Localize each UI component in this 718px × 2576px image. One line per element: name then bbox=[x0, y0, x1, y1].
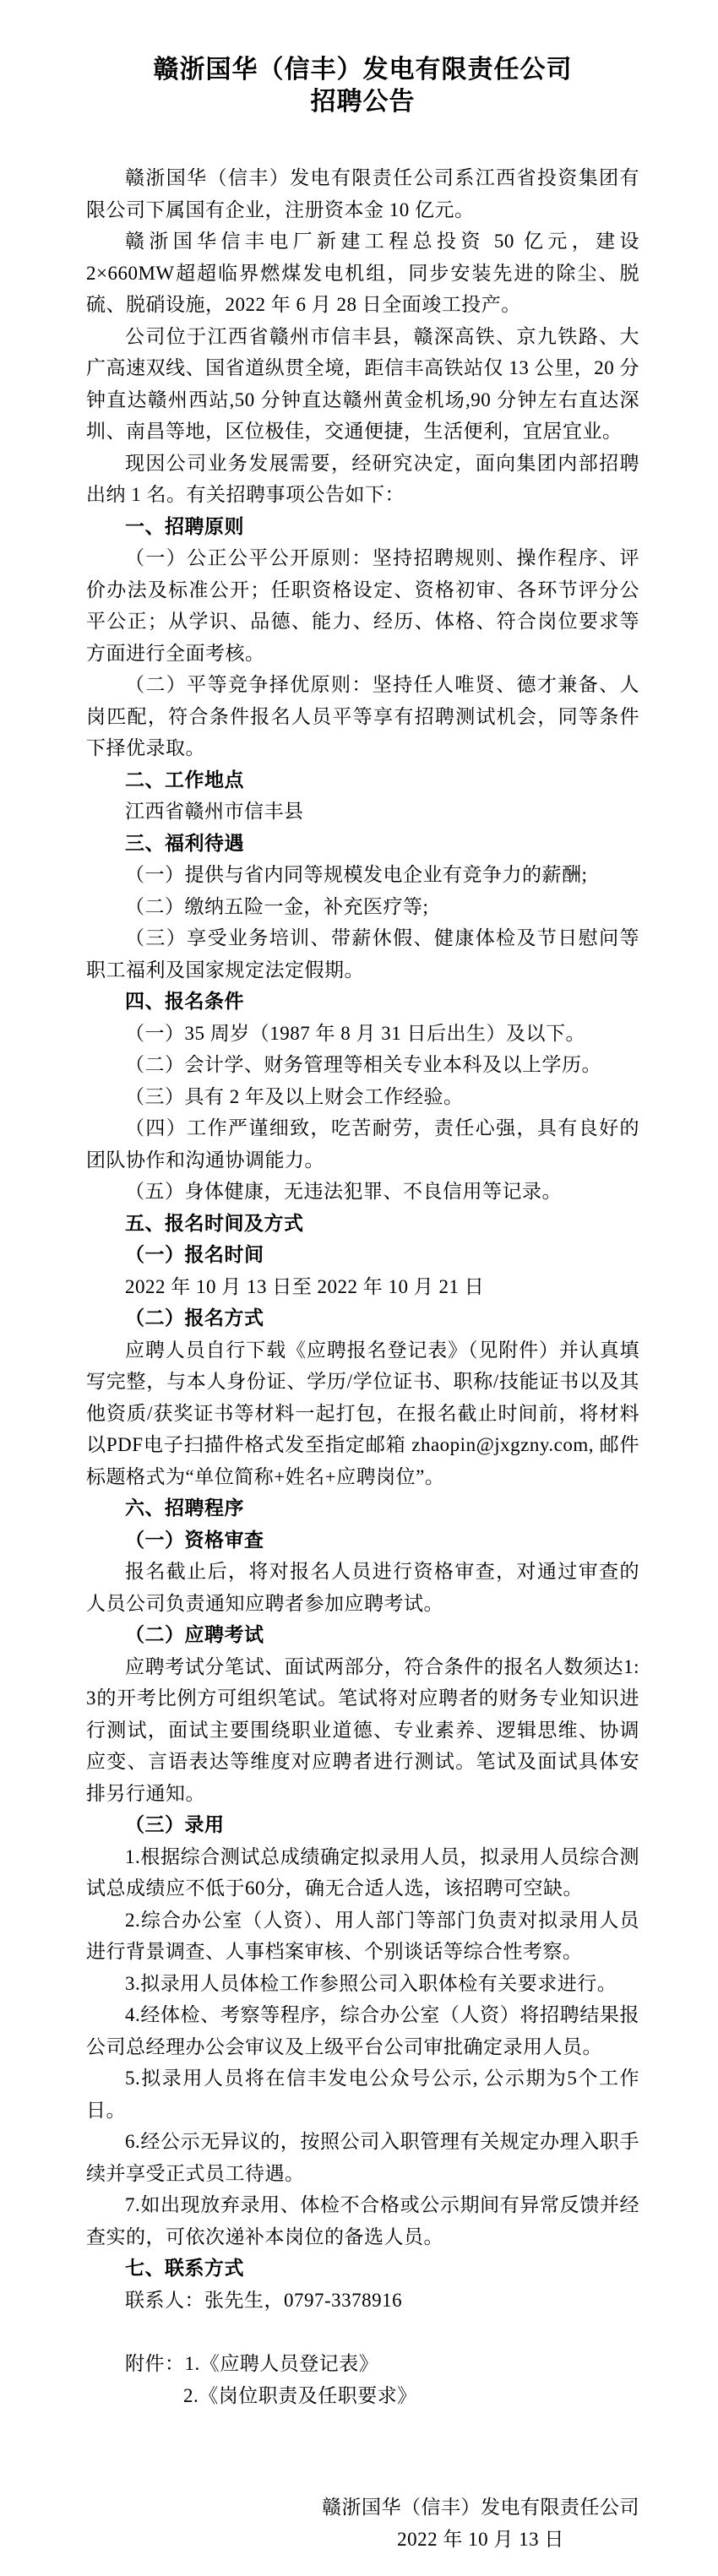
section-heading-registration: 五、报名时间及方式 bbox=[86, 1208, 639, 1240]
paragraph-qualification-review: 报名截止后，将对报名人员进行资格审查，对通过审查的人员公司负责通知应聘者参加应聘… bbox=[86, 1556, 639, 1619]
recruitment-announcement-document: 赣浙国华（信丰）发电有限责任公司 招聘公告 赣浙国华（信丰）发电有限责任公司系江… bbox=[0, 0, 718, 2576]
sub-heading-hiring: （三）录用 bbox=[86, 1809, 639, 1841]
paragraph-benefit-2: （二）缴纳五险一金，补充医疗等; bbox=[86, 891, 639, 923]
sub-heading-registration-time: （一）报名时间 bbox=[86, 1239, 639, 1271]
signature-date: 2022 年 10 月 13 日 bbox=[322, 2524, 639, 2556]
attachment-item-1: 附件：1.《应聘人员登记表》 bbox=[86, 2348, 639, 2380]
section-heading-requirements: 四、报名条件 bbox=[86, 986, 639, 1018]
paragraph-hiring-4: 4.经体检、考察等程序，综合办公室（人资）将招聘结果报公司总经理办公会审议及上级… bbox=[86, 1999, 639, 2062]
paragraph-requirement-2: （二）会计学、财务管理等相关专业本科及以上学历。 bbox=[86, 1049, 639, 1081]
paragraph-principle-1: （一）公正公平公开原则：坚持招聘规则、操作程序、评价办法及标准公开；任职资格设定… bbox=[86, 542, 639, 669]
section-heading-work-location: 二、工作地点 bbox=[86, 764, 639, 796]
paragraph-principle-2: （二）平等竞争择优原则：坚持任人唯贤、德才兼备、人岗匹配，符合条件报名人员平等享… bbox=[86, 669, 639, 764]
paragraph-requirement-3: （三）具有 2 年及以上财会工作经验。 bbox=[86, 1081, 639, 1113]
paragraph-location-intro: 公司位于江西省赣州市信丰县，赣深高铁、京九铁路、大广高速双线、国省道纵贯全境，距… bbox=[86, 321, 639, 448]
document-title: 赣浙国华（信丰）发电有限责任公司 招聘公告 bbox=[86, 54, 639, 118]
sub-heading-registration-method: （二）报名方式 bbox=[86, 1302, 639, 1334]
document-title-line2: 招聘公告 bbox=[86, 86, 639, 118]
paragraph-hiring-3: 3.拟录用人员体检工作参照公司入职体检有关要求进行。 bbox=[86, 1968, 639, 2000]
paragraph-requirement-1: （一）35 周岁（1987 年 8 月 31 日后出生）及以下。 bbox=[86, 1018, 639, 1050]
paragraph-requirement-4: （四）工作严谨细致，吃苦耐劳，责任心强，具有良好的团队协作和沟通协调能力。 bbox=[86, 1112, 639, 1176]
section-heading-benefits: 三、福利待遇 bbox=[86, 828, 639, 860]
paragraph-work-location: 江西省赣州市信丰县 bbox=[86, 796, 639, 828]
paragraph-hiring-7: 7.如出现放弃录用、体检不合格或公示期间有异常反馈并经查实的，可依次递补本岗位的… bbox=[86, 2189, 639, 2253]
document-title-line1: 赣浙国华（信丰）发电有限责任公司 bbox=[86, 54, 639, 86]
signature-inner: 赣浙国华（信丰）发电有限责任公司 2022 年 10 月 13 日 bbox=[322, 2492, 639, 2556]
paragraph-benefit-1: （一）提供与省内同等规模发电企业有竞争力的薪酬; bbox=[86, 859, 639, 891]
sub-heading-exam: （二）应聘考试 bbox=[86, 1619, 639, 1651]
paragraph-hiring-1: 1.根据综合测试总成绩确定拟录用人员，拟录用人员综合测试总成绩应不低于60分，确… bbox=[86, 1841, 639, 1905]
paragraph-recruitment-purpose: 现因公司业务发展需要，经研究决定，面向集团内部招聘出纳 1 名。有关招聘事项公告… bbox=[86, 448, 639, 511]
paragraph-registration-method: 应聘人员自行下载《应聘报名登记表》（见附件）并认真填写完整，与本人身份证、学历/… bbox=[86, 1334, 639, 1493]
attachments-list: 附件：1.《应聘人员登记表》 2.《岗位职责及任职要求》 bbox=[86, 2348, 639, 2411]
paragraph-contact-info: 联系人：张先生，0797-3378916 bbox=[86, 2285, 639, 2317]
paragraph-benefit-3: （三）享受业务培训、带薪休假、健康体检及节日慰问等职工福利及国家规定法定假期。 bbox=[86, 922, 639, 986]
attachment-item-2: 2.《岗位职责及任职要求》 bbox=[86, 2380, 639, 2412]
paragraph-hiring-2: 2.综合办公室（人资）、用人部门等部门负责对拟录用人员进行背景调查、人事档案审核… bbox=[86, 1905, 639, 1968]
paragraph-exam: 应聘考试分笔试、面试两部分，符合条件的报名人数须达1: 3的开考比例方可组织笔试… bbox=[86, 1651, 639, 1810]
paragraph-hiring-6: 6.经公示无异议的，按照公司入职管理有关规定办理入职手续并享受正式员工待遇。 bbox=[86, 2126, 639, 2189]
section-heading-principles: 一、招聘原则 bbox=[86, 511, 639, 543]
section-heading-procedure: 六、招聘程序 bbox=[86, 1492, 639, 1524]
paragraph-requirement-5: （五）身体健康，无违法犯罪、不良信用等记录。 bbox=[86, 1176, 639, 1208]
signature-company-name: 赣浙国华（信丰）发电有限责任公司 bbox=[322, 2492, 639, 2524]
paragraph-hiring-5: 5.拟录用人员将在信丰发电公众号公示, 公示期为5个工作日。 bbox=[86, 2062, 639, 2126]
paragraph-registration-time: 2022 年 10 月 13 日至 2022 年 10 月 21 日 bbox=[86, 1271, 639, 1303]
signature-block: 赣浙国华（信丰）发电有限责任公司 2022 年 10 月 13 日 bbox=[86, 2492, 639, 2556]
section-heading-contact: 七、联系方式 bbox=[86, 2253, 639, 2285]
paragraph-company-intro: 赣浙国华（信丰）发电有限责任公司系江西省投资集团有限公司下属国有企业，注册资本金… bbox=[86, 162, 639, 226]
sub-heading-qualification-review: （一）资格审查 bbox=[86, 1524, 639, 1557]
paragraph-plant-project: 赣浙国华信丰电厂新建工程总投资 50 亿元，建设 2×660MW超超临界燃煤发电… bbox=[86, 226, 639, 321]
